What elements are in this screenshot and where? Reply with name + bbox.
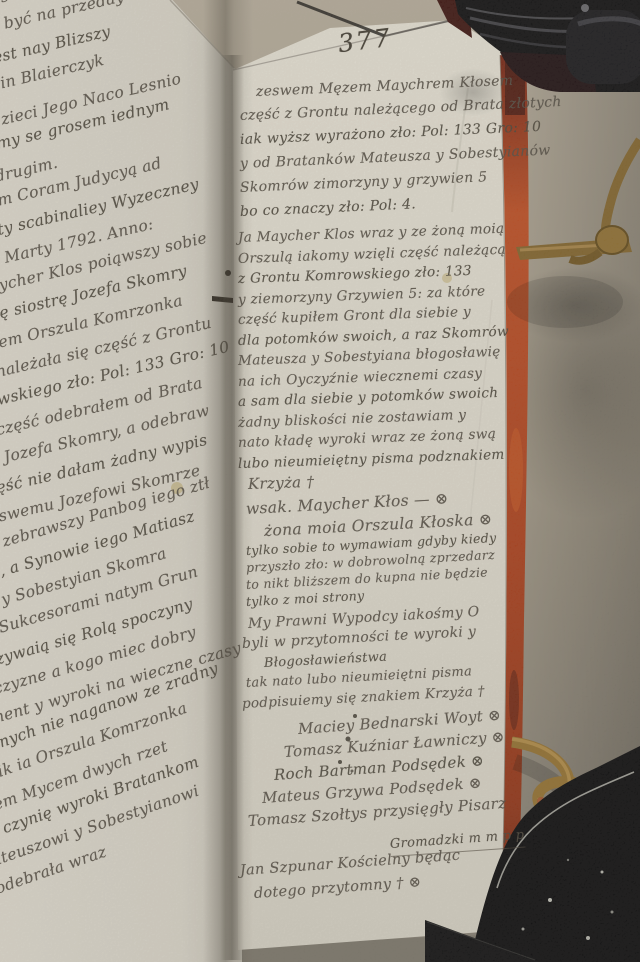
- manuscript-photo: 377 ło swego Czasumiało być na przedayto…: [0, 0, 640, 962]
- right-page-paragraph-2: Ja Maycher Klos wraz y ze żoną moiąOrszu…: [238, 228, 509, 495]
- right-page-paragraph-3: My Prawni Wypodcy iakośmy Obyli w przyto…: [242, 614, 485, 714]
- right-page-signature-block: wsak. Maycher Kłos — ⊗żona moia Orszula …: [246, 498, 497, 610]
- right-page-paragraph-1: zeswem Męzem Maychrem Kłosemczęść z Gron…: [240, 80, 562, 224]
- right-page-officials-signatures: Maciey Bednarski Woyt ⊗Tomasz Kuźniar Ła…: [240, 718, 525, 857]
- right-page-postscript: Jan Szpunar Kościelny będącdotego przyto…: [240, 860, 461, 906]
- tie-knot: [596, 226, 628, 254]
